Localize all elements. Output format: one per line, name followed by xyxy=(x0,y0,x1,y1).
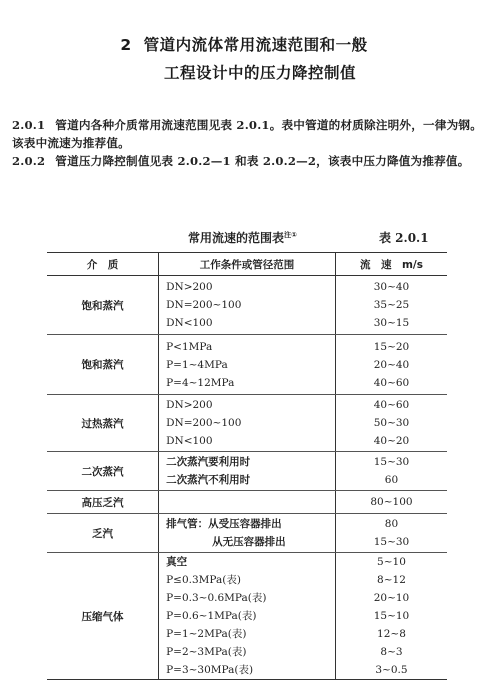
medium-label: 压缩气体 xyxy=(82,611,124,623)
flow-velocity-table: 介 质 工作条件或管径范围 流 速 m/s 饱和蒸汽DN>200DN=200~1… xyxy=(47,252,447,680)
velocity-value: 40~60 xyxy=(336,374,447,392)
velocity-value: 5~10 xyxy=(336,553,447,571)
velocity-value: 12~8 xyxy=(336,625,447,643)
velocity-value: 80 xyxy=(336,515,447,533)
table-row-group: 饱和蒸汽DN>200DN=200~100DN<10030~4035~2530~1… xyxy=(47,276,447,335)
condition-cell: DN>200DN=200~100DN<100 xyxy=(159,395,336,452)
condition-text: DN=200~100 xyxy=(166,296,335,314)
velocity-value: 15~30 xyxy=(336,533,447,551)
condition-text: DN=200~100 xyxy=(166,414,335,432)
velocity-cell: 15~2020~4040~60 xyxy=(335,335,447,395)
velocity-value: 30~15 xyxy=(336,314,447,332)
condition-text: P≤0.3MPa(表) xyxy=(166,571,335,589)
table-header-row: 介 质 工作条件或管径范围 流 速 m/s xyxy=(47,253,447,276)
condition-text: P=3~30MPa(表) xyxy=(166,661,335,679)
section-heading-line-1: 2管道内流体常用流速范围和一般 xyxy=(0,33,492,55)
section-number: 2 xyxy=(120,36,131,54)
condition-text: P=1~2MPa(表) xyxy=(166,625,335,643)
velocity-value: 40~60 xyxy=(336,396,447,414)
table-row-group: 高压乏汽80~100 xyxy=(47,491,447,514)
condition-text: DN<100 xyxy=(166,432,335,450)
condition-cell: 排气管：从受压容器排出从无压容器排出 xyxy=(159,514,336,553)
velocity-value: 8~12 xyxy=(336,571,447,589)
condition-text: P=0.6~1MPa(表) xyxy=(166,607,335,625)
paragraph-number: 2.0.2 xyxy=(12,154,45,168)
velocity-cell: 30~4035~2530~15 xyxy=(335,276,447,335)
medium-label: 高压乏汽 xyxy=(82,497,124,509)
condition-cell: 二次蒸汽要利用时二次蒸汽不利用时 xyxy=(159,452,336,491)
velocity-value: 15~20 xyxy=(336,338,447,356)
section-title-part-1: 管道内流体常用流速范围和一般 xyxy=(144,36,368,54)
table-caption-text: 常用流速的范围表 xyxy=(188,231,284,245)
velocity-value: 3~0.5 xyxy=(336,661,447,679)
table-row-group: 饱和蒸汽P<1MPaP=1~4MPaP=4~12MPa15~2020~4040~… xyxy=(47,335,447,395)
medium-cell: 饱和蒸汽 xyxy=(47,276,159,335)
paragraph-number: 2.0.1 xyxy=(12,118,45,132)
velocity-value: 60 xyxy=(336,471,447,489)
table-row-group: 压缩气体真空P≤0.3MPa(表)P=0.3~0.6MPa(表)P=0.6~1M… xyxy=(47,553,447,680)
header-velocity: 流 速 m/s xyxy=(335,253,447,276)
section-heading-line-2: 工程设计中的压力降控制值 xyxy=(12,61,496,83)
condition-text: P=0.3~0.6MPa(表) xyxy=(166,589,335,607)
paragraph-2-0-2: 2.0.2管道压力降控制值见表 2.0.2—1 和表 2.0.2—2，该表中压力… xyxy=(12,152,484,170)
paragraph-text: 管道内各种介质常用流速范围见表 2.0.1。表中管道的材质除注明外，一律为钢。该… xyxy=(12,118,482,150)
medium-cell: 乏汽 xyxy=(47,514,159,553)
condition-text: P<1MPa xyxy=(166,338,335,356)
condition-text: 排气管：从受压容器排出 xyxy=(166,515,335,533)
medium-label: 过热蒸汽 xyxy=(82,418,124,430)
medium-cell: 过热蒸汽 xyxy=(47,395,159,452)
velocity-cell: 8015~30 xyxy=(335,514,447,553)
velocity-value: 15~30 xyxy=(336,453,447,471)
condition-text: P=2~3MPa(表) xyxy=(166,643,335,661)
velocity-value: 20~10 xyxy=(336,589,447,607)
medium-label: 乏汽 xyxy=(92,528,113,540)
condition-text: 真空 xyxy=(166,553,335,571)
condition-text: P=1~4MPa xyxy=(166,356,335,374)
medium-label: 二次蒸汽 xyxy=(82,466,124,478)
velocity-value: 30~40 xyxy=(336,278,447,296)
condition-cell: DN>200DN=200~100DN<100 xyxy=(159,276,336,335)
velocity-value: 15~10 xyxy=(336,607,447,625)
table-body: 饱和蒸汽DN>200DN=200~100DN<10030~4035~2530~1… xyxy=(47,276,447,680)
velocity-cell: 80~100 xyxy=(335,491,447,514)
medium-label: 饱和蒸汽 xyxy=(82,359,124,371)
condition-text: DN>200 xyxy=(166,396,335,414)
medium-cell: 二次蒸汽 xyxy=(47,452,159,491)
medium-cell: 高压乏汽 xyxy=(47,491,159,514)
header-condition: 工作条件或管径范围 xyxy=(159,253,336,276)
velocity-value: 50~30 xyxy=(336,414,447,432)
header-medium: 介 质 xyxy=(47,253,159,276)
velocity-cell: 5~108~1220~1015~1012~88~33~0.5 xyxy=(335,553,447,680)
table-row-group: 二次蒸汽二次蒸汽要利用时二次蒸汽不利用时15~3060 xyxy=(47,452,447,491)
velocity-value: 20~40 xyxy=(336,356,447,374)
condition-cell: P<1MPaP=1~4MPaP=4~12MPa xyxy=(159,335,336,395)
table-row-group: 乏汽排气管：从受压容器排出从无压容器排出8015~30 xyxy=(47,514,447,553)
medium-label: 饱和蒸汽 xyxy=(82,300,124,312)
condition-text: DN<100 xyxy=(166,314,335,332)
condition-text: 从无压容器排出 xyxy=(166,533,335,551)
velocity-cell: 40~6050~3040~20 xyxy=(335,395,447,452)
velocity-value: 35~25 xyxy=(336,296,447,314)
paragraph-2-0-1: 2.0.1管道内各种介质常用流速范围见表 2.0.1。表中管道的材质除注明外，一… xyxy=(12,116,484,152)
condition-text: P=4~12MPa xyxy=(166,374,335,392)
medium-cell: 压缩气体 xyxy=(47,553,159,680)
paragraph-text: 管道压力降控制值见表 2.0.2—1 和表 2.0.2—2，该表中压力降值为推荐… xyxy=(55,154,469,168)
condition-cell xyxy=(159,491,336,514)
table-number: 表 2.0.1 xyxy=(379,229,429,246)
medium-cell: 饱和蒸汽 xyxy=(47,335,159,395)
condition-text: 二次蒸汽不利用时 xyxy=(166,471,335,489)
velocity-value: 40~20 xyxy=(336,432,447,450)
velocity-value: 80~100 xyxy=(336,493,447,511)
condition-text xyxy=(166,493,335,511)
velocity-value: 8~3 xyxy=(336,643,447,661)
condition-cell: 真空P≤0.3MPa(表)P=0.3~0.6MPa(表)P=0.6~1MPa(表… xyxy=(159,553,336,680)
table-row-group: 过热蒸汽DN>200DN=200~100DN<10040~6050~3040~2… xyxy=(47,395,447,452)
condition-text: DN>200 xyxy=(166,278,335,296)
velocity-cell: 15~3060 xyxy=(335,452,447,491)
condition-text: 二次蒸汽要利用时 xyxy=(166,453,335,471)
footnote-marker: 注① xyxy=(284,231,297,239)
table-caption: 常用流速的范围表注① xyxy=(188,229,297,246)
